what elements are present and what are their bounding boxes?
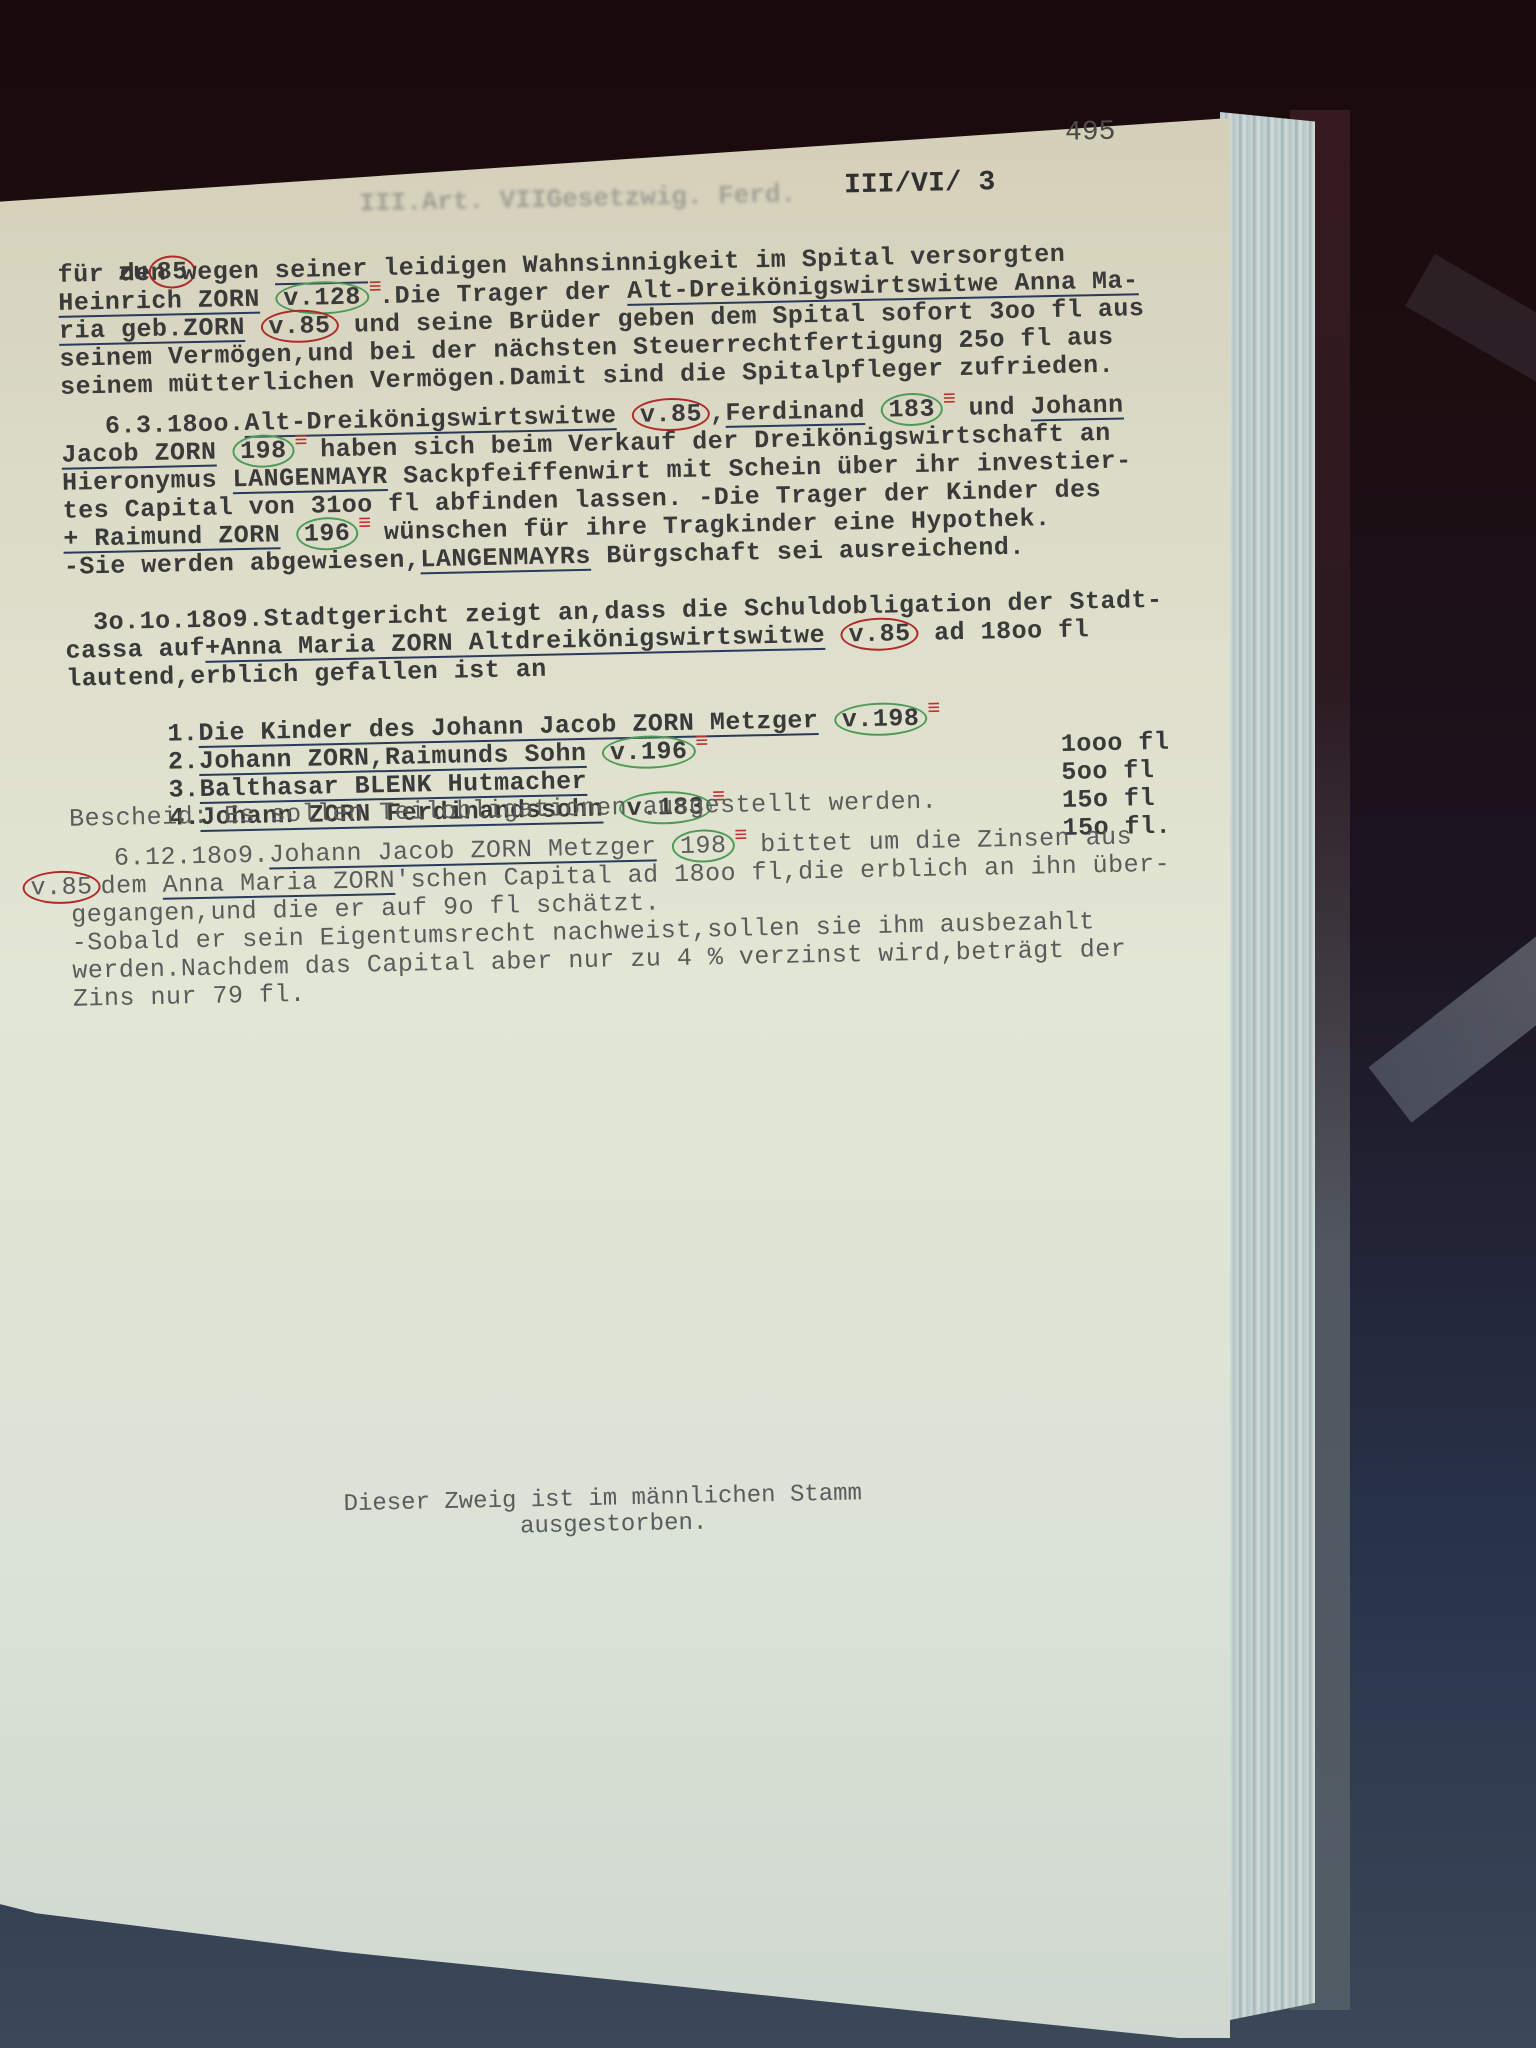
closing-line2: ausgestorben. <box>520 1510 708 1541</box>
page-number: 495 <box>1065 117 1116 149</box>
section-reference: III/VI/ 3 <box>844 167 996 201</box>
para4-line6: Zins nur 79 fl. <box>73 980 306 1014</box>
show-through-heading: III.Art. VIIGesetzwig. Ferd. <box>359 179 796 218</box>
page-content: 495 III.Art. VIIGesetzwig. Ferd. III/VI/… <box>0 0 1536 2048</box>
